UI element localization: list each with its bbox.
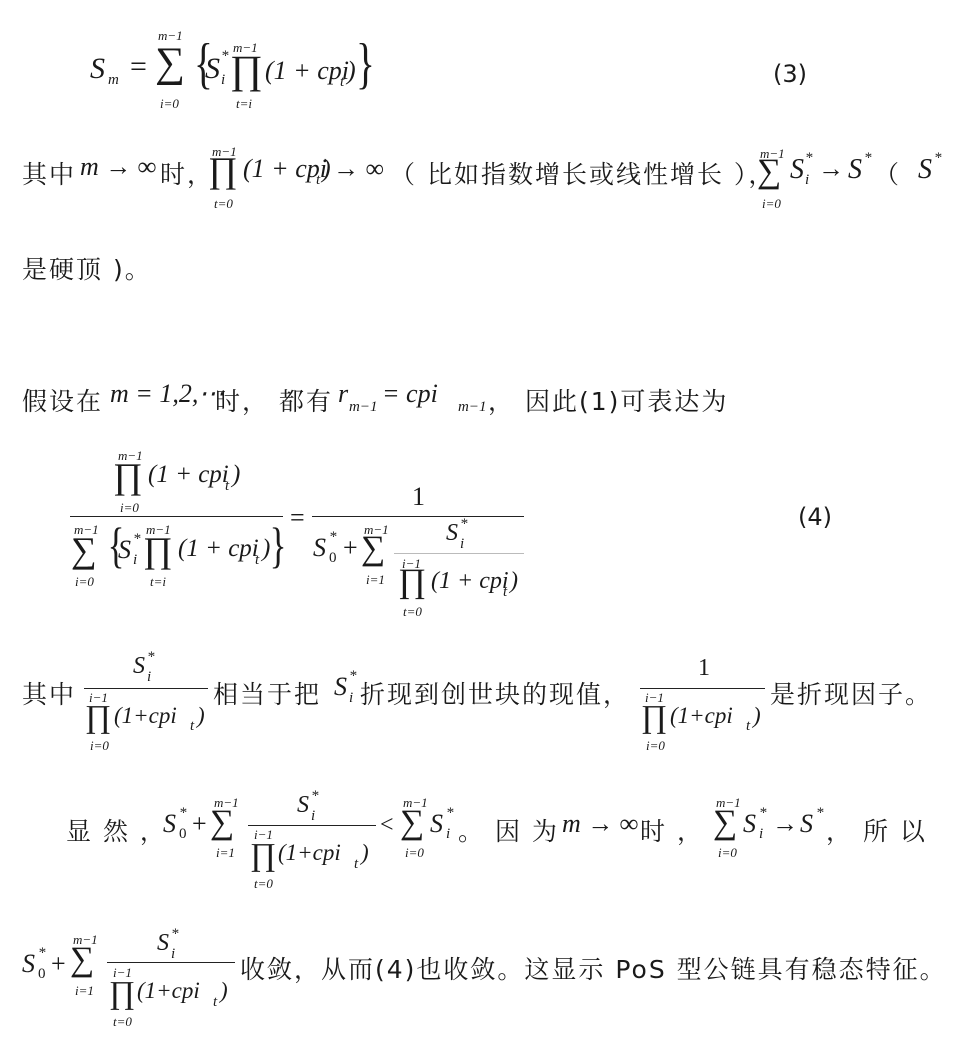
eq3-prod-lower: t=i <box>236 96 252 112</box>
para4-s2: S <box>430 809 443 839</box>
para4-sum3-lower: i=0 <box>718 845 737 861</box>
para5-factor-close: ) <box>220 978 228 1004</box>
para5-prod-lower: t=0 <box>113 1014 132 1030</box>
eq3-sum-lower: i=0 <box>160 96 179 112</box>
eq4-num-factor-sub: t <box>225 478 229 495</box>
product-symbol-icon: ∏ <box>230 50 263 90</box>
para2-eq-cpi: = cpi <box>382 379 438 409</box>
para1-factor-close: ) <box>322 154 331 184</box>
para1-s: S <box>790 154 804 186</box>
eq4-den-s-sub: i <box>133 552 137 569</box>
para1-factor-sub: t <box>316 172 320 189</box>
para3-s: S <box>334 672 347 702</box>
para5-frac-num-sub: i <box>171 946 175 963</box>
para3-text-3: 折现到创世块的现值， <box>360 675 630 711</box>
para4-s0-sub: 0 <box>179 826 187 843</box>
eq4-rhs-factor: (1 + cpi <box>431 568 509 595</box>
eq3-lhs-sub: m <box>108 72 119 89</box>
para2-text-2: 时， 都有 <box>215 382 333 418</box>
para4-text-4: ， 所 以 <box>826 812 927 848</box>
para4-s2-sup: * <box>446 805 454 822</box>
sum-symbol-icon: ∑ <box>713 806 737 840</box>
product-symbol-icon: ∏ <box>85 700 111 732</box>
para1-s-star-2-sup: * <box>934 150 942 167</box>
equation-number-4: (4) <box>798 503 832 531</box>
para4-m-arrow: m → ∞ <box>562 809 638 839</box>
para2-r-sub: m−1 <box>349 399 377 416</box>
para1-s-star-sup: * <box>864 150 872 167</box>
para1-s-star: S <box>848 154 862 186</box>
para4-frac-num: S <box>297 792 309 819</box>
eq3-equals: = <box>130 50 147 84</box>
para2-text-1: 假设在 <box>22 382 103 418</box>
para3-text-4: 是折现因子。 <box>770 675 932 711</box>
eq4-num-factor-close: ) <box>232 461 240 489</box>
para4-sum-lower: i=1 <box>216 845 235 861</box>
para1-m-arrow: m → ∞ <box>80 152 156 182</box>
para5-frac-bar <box>107 962 235 963</box>
para2-cpi-sub: m−1 <box>458 399 486 416</box>
para4-text-2: 。 因 为 <box>458 812 559 848</box>
para1-line-2: 是硬顶 )。 <box>22 250 152 286</box>
para3-text-1: 其中 <box>22 675 76 711</box>
para3-frac1-num: S <box>133 653 145 680</box>
para5-frac-num-sup: * <box>171 926 179 943</box>
para1-text-4: （ <box>874 155 901 191</box>
para5-s0-sub: 0 <box>38 966 46 983</box>
eq3-factor-sub: t <box>340 74 344 91</box>
eq4-rhs-factor-sub: t <box>503 584 507 601</box>
eq3-si-sub: i <box>221 72 225 89</box>
para3-frac1-factor-sub: t <box>190 718 194 735</box>
para1-text-1: 其中 <box>22 155 76 191</box>
para4-text-3: 时 ， <box>640 812 704 848</box>
eq3-si-sup: * <box>221 48 229 65</box>
para1-prod-lower: t=0 <box>214 196 233 212</box>
para2-condition: m = 1,2,⋯ <box>110 379 224 409</box>
para3-frac2-factor-sub: t <box>746 718 750 735</box>
eq4-num-factor: (1 + cpi <box>148 461 229 489</box>
product-symbol-icon: ∏ <box>143 532 173 568</box>
para3-frac2-factor: (1+cpi <box>670 703 733 729</box>
para4-factor: (1+cpi <box>278 840 341 866</box>
eq4-den-s-sup: * <box>133 531 141 548</box>
para4-sum2-lower: i=0 <box>405 845 424 861</box>
equation-number-3: (3) <box>773 60 807 88</box>
sum-symbol-icon: ∑ <box>757 155 781 189</box>
para4-less-than: < <box>380 812 394 839</box>
para5-s0-sup: * <box>38 945 46 962</box>
para1-s-sup: * <box>805 150 813 167</box>
para3-frac1-prod-lower: i=0 <box>90 738 109 754</box>
para1-text-3: （ 比如指数增长或线性增长 ）， <box>390 155 775 191</box>
eq4-rhs-factor-close: ) <box>510 568 518 595</box>
para3-s-sub: i <box>349 690 353 707</box>
para3-s-sup: * <box>349 668 357 685</box>
para2-text-3: ， 因此(1)可表达为 <box>488 382 728 418</box>
para4-s4: S <box>800 809 813 839</box>
product-symbol-icon: ∏ <box>641 700 667 732</box>
product-symbol-icon: ∏ <box>109 976 135 1008</box>
para1-sum-lower: i=0 <box>762 196 781 212</box>
para5-factor-sub: t <box>213 994 217 1011</box>
product-symbol-icon: ∏ <box>250 838 276 870</box>
para1-text-2: 时， <box>160 155 214 191</box>
product-symbol-icon: ∏ <box>113 458 143 494</box>
para5-sum-lower: i=1 <box>75 983 94 999</box>
sum-symbol-icon: ∑ <box>400 806 424 840</box>
para3-frac1-factor-close: ) <box>197 703 205 729</box>
eq4-den-prod-lower: t=i <box>150 574 166 590</box>
sum-symbol-icon: ∑ <box>210 806 234 840</box>
para4-factor-close: ) <box>361 840 369 866</box>
para4-s3-sub: i <box>759 826 763 843</box>
eq4-den-factor: (1 + cpi <box>178 535 259 563</box>
eq4-rhs-s0-sup: * <box>329 529 337 546</box>
para4-s3-sup: * <box>759 805 767 822</box>
para1-factor: (1 + cpi <box>243 154 327 184</box>
para5-s0: S <box>22 949 35 979</box>
para4-factor-sub: t <box>354 856 358 873</box>
para4-s0: S <box>163 809 176 839</box>
eq4-rhs-s0-sub: 0 <box>329 550 337 567</box>
para4-frac-num-sup: * <box>311 788 319 805</box>
eq4-lhs-fraction-bar <box>70 516 283 517</box>
eq3-lhs: S <box>90 52 105 86</box>
sum-symbol-icon: ∑ <box>70 943 94 977</box>
para1-s-sub: i <box>805 172 809 189</box>
right-brace-icon: } <box>356 36 375 92</box>
eq3-si: S <box>205 52 220 86</box>
eq4-rhs-frac-num-sup: * <box>460 516 468 533</box>
eq3-factor-close: ) <box>347 56 356 86</box>
product-symbol-icon: ∏ <box>398 565 426 599</box>
para4-s2-sub: i <box>446 826 450 843</box>
para4-prod-lower: t=0 <box>254 876 273 892</box>
eq4-rhs-frac-num-sub: i <box>460 536 464 553</box>
para3-text-2: 相当于把 <box>213 675 321 711</box>
eq3-factor: (1 + cpi <box>265 56 349 86</box>
right-brace-icon: } <box>270 520 287 570</box>
para5-frac-num: S <box>157 930 169 957</box>
eq4-rhs-prod-lower: t=0 <box>403 604 422 620</box>
para3-frac1-num-sub: i <box>147 669 151 686</box>
sum-symbol-icon: ∑ <box>361 532 385 566</box>
para5-plus: + <box>51 949 66 979</box>
sum-symbol-icon: ∑ <box>71 532 97 568</box>
eq4-rhs-inner-fraction-bar <box>394 553 524 554</box>
para4-text-1: 显 然 ， <box>66 812 167 848</box>
eq4-rhs-fraction-bar <box>312 516 524 517</box>
product-symbol-icon: ∏ <box>208 152 238 188</box>
eq4-plus: + <box>343 533 358 563</box>
para3-frac2-num: 1 <box>698 655 710 682</box>
para3-frac1-num-sup: * <box>147 649 155 666</box>
eq4-den-s: S <box>118 535 131 565</box>
para4-arrow: → <box>772 809 798 839</box>
eq4-rhs-frac-num: S <box>446 520 458 547</box>
sum-symbol-icon: ∑ <box>155 42 185 84</box>
eq4-rhs-s0: S <box>313 533 326 563</box>
para4-s0-sup: * <box>179 805 187 822</box>
eq4-equals: = <box>290 503 305 533</box>
eq4-den-sum-lower: i=0 <box>75 574 94 590</box>
eq4-den-factor-sub: t <box>255 552 259 569</box>
para5-factor: (1+cpi <box>137 978 200 1004</box>
eq4-rhs-numerator: 1 <box>412 482 425 512</box>
para3-frac1-factor: (1+cpi <box>114 703 177 729</box>
para4-s3: S <box>743 809 756 839</box>
para4-frac-num-sub: i <box>311 808 315 825</box>
para1-s-star-2: S <box>918 154 932 186</box>
para1-arrow: → <box>818 154 844 184</box>
para4-s4-sup: * <box>816 805 824 822</box>
para2-r: r <box>338 379 348 409</box>
para4-plus: + <box>192 809 207 839</box>
para3-frac2-prod-lower: i=0 <box>646 738 665 754</box>
eq4-num-prod-lower: i=0 <box>120 500 139 516</box>
para3-frac2-factor-close: ) <box>753 703 761 729</box>
para5-text: 收敛，从而(4)也收敛。这显示 PoS 型公链具有稳态特征。 <box>240 950 947 986</box>
para1-arrow-infinity: → ∞ <box>333 154 384 184</box>
eq4-rhs-sum-lower: i=1 <box>366 572 385 588</box>
